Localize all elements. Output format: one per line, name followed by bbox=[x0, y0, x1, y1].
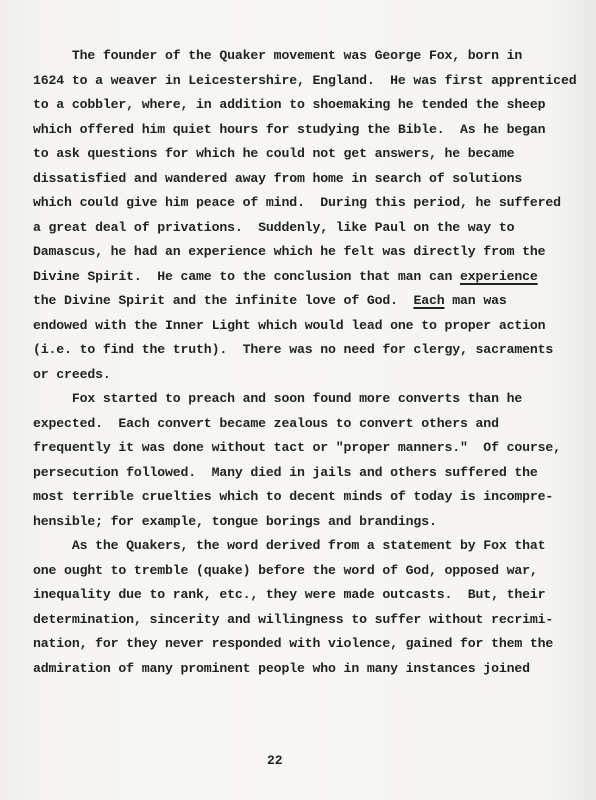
text-line: nation, for they never responded with vi… bbox=[33, 632, 573, 657]
text-line: persecution followed. Many died in jails… bbox=[33, 461, 573, 486]
text-line: which offered him quiet hours for studyi… bbox=[33, 118, 573, 143]
text-line: 1624 to a weaver in Leicestershire, Engl… bbox=[33, 69, 573, 94]
text-line: or creeds. bbox=[33, 363, 573, 388]
text-line: (i.e. to find the truth). There was no n… bbox=[33, 338, 573, 363]
text-line: admiration of many prominent people who … bbox=[33, 657, 573, 682]
text-line: to ask questions for which he could not … bbox=[33, 142, 573, 167]
text-line: Damascus, he had an experience which he … bbox=[33, 240, 573, 265]
text-line: Divine Spirit. He came to the conclusion… bbox=[33, 265, 573, 290]
text-line: dissatisfied and wandered away from home… bbox=[33, 167, 573, 192]
underlined-word: Each bbox=[413, 293, 444, 308]
text-line: most terrible cruelties which to decent … bbox=[33, 485, 573, 510]
text-segment: man was bbox=[445, 293, 507, 308]
text-line: determination, sincerity and willingness… bbox=[33, 608, 573, 633]
text-line: one ought to tremble (quake) before the … bbox=[33, 559, 573, 584]
page-number: 22 bbox=[267, 753, 283, 768]
text-line: expected. Each convert became zealous to… bbox=[33, 412, 573, 437]
text-line: which could give him peace of mind. Duri… bbox=[33, 191, 573, 216]
text-line: to a cobbler, where, in addition to shoe… bbox=[33, 93, 573, 118]
underlined-word: experience bbox=[460, 269, 538, 284]
text-line: endowed with the Inner Light which would… bbox=[33, 314, 573, 339]
text-line: Fox started to preach and soon found mor… bbox=[33, 387, 573, 412]
text-line: hensible; for example, tongue borings an… bbox=[33, 510, 573, 535]
body-text: The founder of the Quaker movement was G… bbox=[33, 44, 573, 681]
text-line: The founder of the Quaker movement was G… bbox=[33, 44, 573, 69]
document-page: The founder of the Quaker movement was G… bbox=[0, 0, 596, 800]
text-line: frequently it was done without tact or "… bbox=[33, 436, 573, 461]
text-line: a great deal of privations. Suddenly, li… bbox=[33, 216, 573, 241]
text-segment: the Divine Spirit and the infinite love … bbox=[33, 293, 413, 308]
text-line: the Divine Spirit and the infinite love … bbox=[33, 289, 573, 314]
text-segment: Divine Spirit. He came to the conclusion… bbox=[33, 269, 460, 284]
text-line: inequality due to rank, etc., they were … bbox=[33, 583, 573, 608]
text-line: As the Quakers, the word derived from a … bbox=[33, 534, 573, 559]
